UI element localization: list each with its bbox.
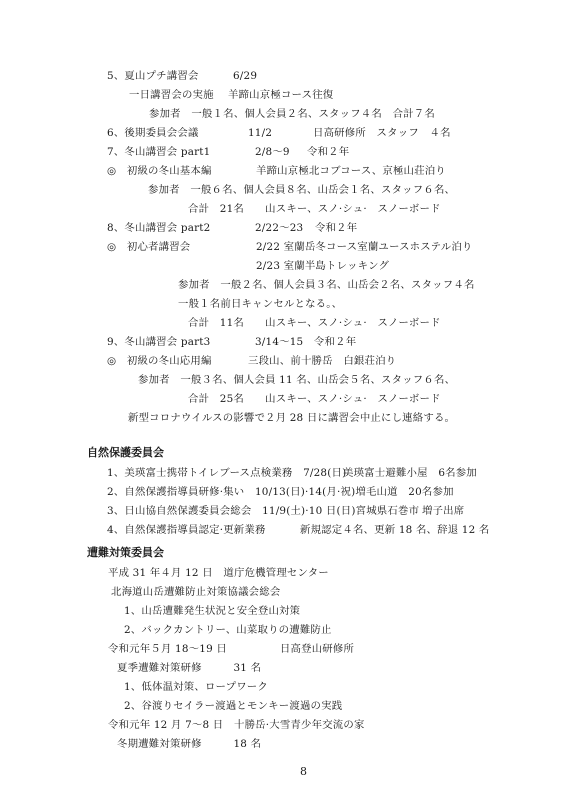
item-8-total: 合計 11名 山スキー、スノ·シュ· スノーボード	[188, 316, 441, 330]
accident-line-6: 夏季遭難対策研修 31 名	[117, 661, 261, 675]
accident-line-9: 令和元年 12 月 7〜8 日 十勝岳·大雪青少年交流の家	[108, 718, 365, 732]
page-number: 8	[300, 765, 307, 779]
item-7-date: 2/8〜9	[255, 145, 290, 159]
item-7-course: ◎ 初級の冬山基本編	[107, 164, 212, 178]
item-5-title: 5、夏山プチ講習会	[107, 69, 199, 83]
item-8-day2: 2/23 室蘭半島トレッキング	[256, 259, 389, 273]
nature-item-1: 1、美瑛富士携帯トイレブース点検業務 7/28(日)	[107, 466, 346, 480]
item-9-total: 合計 25名 山スキー、スノ·シュ· スノーボード	[188, 392, 441, 406]
document-page: 5、夏山プチ講習会 6/29 一日講習会の実施 羊蹄山京極コース往復 参加者 一…	[0, 0, 565, 800]
item-9-participants: 参加者 一般３名、個人会員 11 名、山岳会５名、スタッフ６名、	[138, 373, 455, 387]
item-8-day1: 2/22 室蘭岳冬コース室蘭ユースホステル泊り	[256, 240, 473, 254]
item-8-cancel: 一般１名前日キャンセルとなる。、	[178, 297, 342, 311]
nature-item-1-detail: 美瑛富士避難小屋 6名参加	[343, 466, 477, 480]
item-9-route: 三段山、前十勝岳 白銀荘泊り	[248, 354, 396, 368]
nature-item-4-detail: 新規認定４名、更新 18 名、辞退 12 名	[300, 523, 490, 537]
item-8-title: 8、冬山講習会 part2	[107, 221, 210, 235]
nature-item-3: 3、日山協自然保護委員会総会 11/9(土)·10 日(日)宮城県石巻市	[107, 504, 419, 518]
item-5-desc: 一日講習会の実施	[129, 88, 214, 102]
item-6-place: 日高研修所 スタッフ ４名	[313, 126, 451, 140]
item-7-title: 7、冬山講習会 part1	[107, 145, 210, 159]
item-7-participants: 参加者 一般６名、個人会員８名、山岳会１名、スタッフ６名、	[148, 183, 455, 197]
accident-line-7: 1、低体温対策、ロープワーク	[124, 680, 268, 694]
item-9-date: 3/14〜15 令和２年	[255, 335, 356, 349]
item-5-route: 羊蹄山京極コース往復	[228, 88, 333, 102]
accident-line-4: 2、バックカントリー、山菜取りの遭難防止	[124, 623, 332, 637]
accident-line-2: 北海道山岳遭難防止対策協議会総会	[111, 585, 280, 599]
nature-item-2: 2、自然保護指導員研修·集い 10/13(日)·14(月·祝)増毛山道 20名参…	[107, 485, 454, 499]
item-5-date: 6/29	[233, 69, 257, 83]
nature-item-4: 4、自然保護指導員認定·更新業務	[107, 523, 266, 537]
nature-item-3-detail: 増子出席	[422, 504, 464, 518]
accident-line-8: 2、谷渡りセイラー渡過とモンキー渡過の実践	[124, 699, 342, 713]
section-heading-nature-protection: 自然保護委員会	[87, 446, 164, 460]
item-9-course: ◎ 初級の冬山応用編	[107, 354, 212, 368]
covid-cancel-note: 新型コロナウイルスの影響で２月 28 日に講習会中止にし連絡する。	[128, 411, 455, 425]
item-6-title: 6、後期委員会会議	[107, 126, 199, 140]
section-heading-accident-prevention: 遭難対策委員会	[87, 546, 164, 560]
item-8-year: 令和２年	[315, 221, 357, 235]
accident-line-10: 冬期遭難対策研修 18 名	[117, 737, 261, 751]
item-7-year: 令和２年	[307, 145, 349, 159]
item-5-participants: 参加者 一般１名、個人会員２名、スタッフ４名 合計７名	[149, 107, 435, 121]
item-9-title: 9、冬山講習会 part3	[107, 335, 210, 349]
accident-line-3: 1、山岳遭難発生状況と安全登山対策	[124, 604, 300, 618]
item-7-total: 合計 21名 山スキー、スノ·シュ· スノーボード	[188, 202, 441, 216]
accident-line-5: 令和元年５月 18〜19 日 日高登山研修所	[108, 642, 354, 656]
item-7-route: 羊蹄山京極北コブコース、京極山荘泊り	[256, 164, 446, 178]
item-8-date: 2/22〜23	[255, 221, 303, 235]
item-8-course: ◎ 初心者講習会	[107, 240, 190, 254]
item-6-date: 11/2	[248, 126, 272, 140]
item-8-participants: 参加者 一般２名、個人会員３名、山岳会２名、スタッフ４名	[178, 278, 475, 292]
accident-line-1: 平成 31 年４月 12 日 道庁危機管理センター	[108, 566, 329, 580]
